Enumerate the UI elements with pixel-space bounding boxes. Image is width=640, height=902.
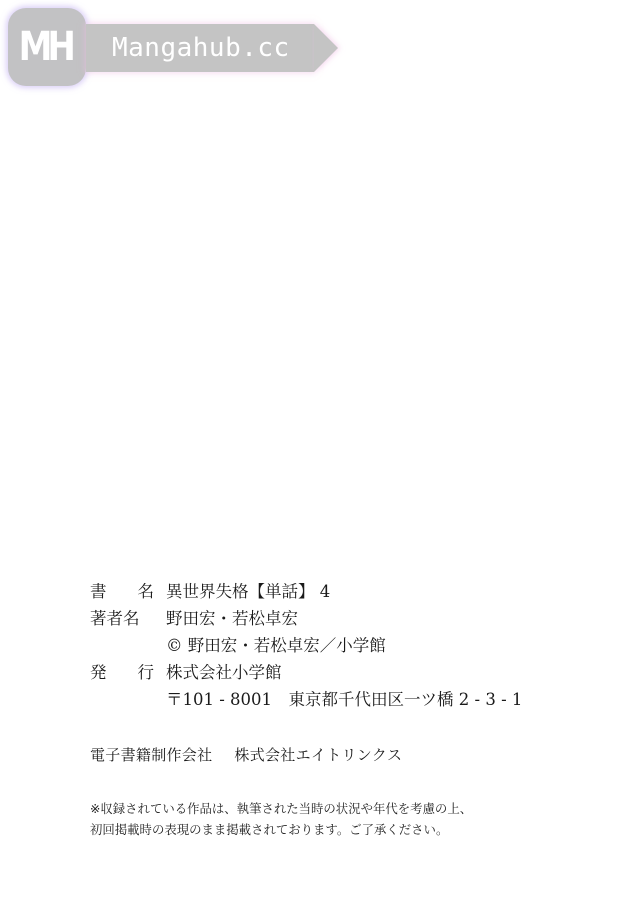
logo-badge: MH: [8, 8, 86, 86]
note-line: 初回掲載時の表現のまま掲載されております。ご了承ください。: [90, 819, 472, 840]
logo-banner: Mangahub.cc: [86, 24, 314, 72]
colophon-row-author: 著者名 野田宏・若松卓宏: [90, 605, 522, 632]
copyright-line: © 野田宏・若松卓宏／小学館: [166, 632, 386, 659]
colophon-row-copyright: © 野田宏・若松卓宏／小学館: [90, 632, 522, 659]
disclaimer-note: ※収録されている作品は、執筆された当時の状況や年代を考慮の上、 初回掲載時の表現…: [90, 798, 472, 840]
ebook-production-company: 株式会社エイトリンクス: [234, 746, 402, 764]
ebook-production-label: 電子書籍制作会社: [90, 746, 212, 764]
colophon: 書 名 異世界失格【単話】 4 著者名 野田宏・若松卓宏 © 野田宏・若松卓宏／…: [90, 578, 522, 713]
label-author: 著者名: [90, 605, 166, 632]
watermark-logo: MH Mangahub.cc: [6, 6, 336, 86]
note-line: ※収録されている作品は、執筆された当時の状況や年代を考慮の上、: [90, 798, 472, 819]
colophon-row-address: 〒101 - 8001 東京都千代田区一ツ橋 2 - 3 - 1: [90, 686, 522, 713]
label-publisher: 発 行: [90, 659, 166, 686]
logo-mark-icon: MH: [19, 24, 71, 70]
book-title: 異世界失格【単話】 4: [166, 578, 330, 605]
site-name: Mangahub.cc: [112, 33, 290, 63]
label-title: 書 名: [90, 578, 166, 605]
banner-arrow-shape: [314, 24, 338, 72]
colophon-row-title: 書 名 異世界失格【単話】 4: [90, 578, 522, 605]
ebook-production: 電子書籍制作会社株式会社エイトリンクス: [90, 744, 402, 765]
publisher-name: 株式会社小学館: [166, 659, 282, 686]
author-names: 野田宏・若松卓宏: [166, 605, 298, 632]
colophon-row-publisher: 発 行 株式会社小学館: [90, 659, 522, 686]
publisher-address: 〒101 - 8001 東京都千代田区一ツ橋 2 - 3 - 1: [166, 686, 522, 713]
